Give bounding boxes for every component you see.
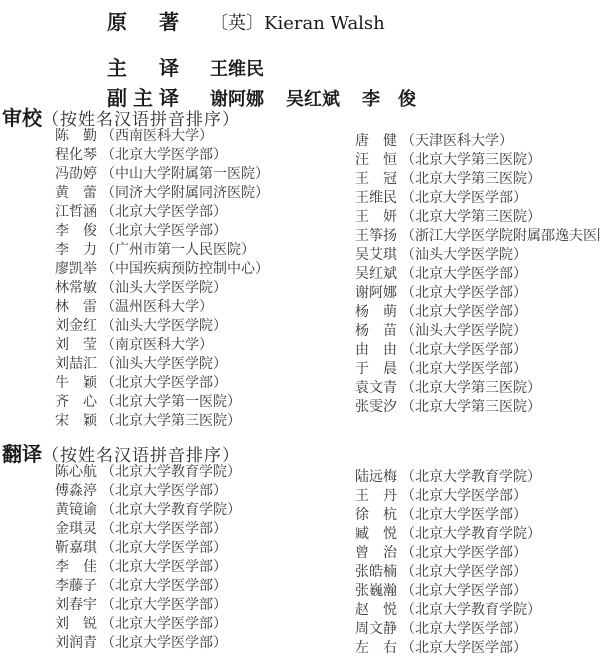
person-name: 黄 蕾: [55, 184, 101, 203]
list-item: 臧 悦（北京大学教育学院）: [355, 525, 541, 544]
list-item: 由 由（北京大学医学部）: [355, 341, 600, 360]
list-item: 程化琴（北京大学医学部）: [55, 146, 269, 165]
affiliation: （同济大学附属同济医院）: [101, 184, 269, 203]
person-name: 吴艾琪: [355, 246, 401, 265]
person-name: 张巍瀚: [355, 582, 401, 601]
list-item: 李 俊（北京大学医学部）: [55, 222, 269, 241]
list-item: 牛 颖（北京大学医学部）: [55, 374, 269, 393]
list-item: 江哲涵（北京大学医学部）: [55, 203, 269, 222]
person-name: 李藤子: [55, 577, 101, 596]
person-name: 袁文青: [355, 379, 401, 398]
list-item: 靳嘉琪（北京大学医学部）: [55, 539, 241, 558]
affiliation: （北京大学教育学院）: [101, 463, 241, 482]
person-name: 陆远梅: [355, 468, 401, 487]
affiliation: （北京大学教育学院）: [401, 525, 541, 544]
affiliation: （北京大学医学部）: [101, 146, 227, 165]
list-item: 刘润青（北京大学医学部）: [55, 634, 241, 653]
person-name: 李 力: [55, 241, 101, 260]
affiliation: （西南医科大学）: [101, 127, 213, 146]
nationality: 〔英〕: [210, 13, 264, 34]
label-char: 主: [107, 52, 127, 81]
affiliation: （北京大学医学部）: [401, 189, 527, 208]
person-name: 廖凯举: [55, 260, 101, 279]
person-name: 于 晨: [355, 360, 401, 379]
affiliation: （北京大学医学部）: [401, 563, 527, 582]
list-item: 曾 治（北京大学医学部）: [355, 544, 541, 563]
person-name: 唐 健: [355, 132, 401, 151]
original-author-value: 〔英〕Kieran Walsh: [210, 9, 385, 35]
affiliation: （北京大学第三医院）: [401, 170, 541, 189]
review-section: 审校（按姓名汉语拼音排序） 陈 勤（西南医科大学）程化琴（北京大学医学部）冯劭婷…: [0, 102, 600, 432]
list-item: 刘 莹（南京医科大学）: [55, 336, 269, 355]
affiliation: （温州医科大学）: [101, 298, 213, 317]
list-item: 杨 苗（汕头大学医学院）: [355, 322, 600, 341]
affiliation: （北京大学医学部）: [101, 558, 227, 577]
person-name: 赵 悦: [355, 601, 401, 620]
person-name: 牛 颖: [55, 374, 101, 393]
person-name: 黄镜谕: [55, 501, 101, 520]
affiliation: （北京大学第三医院）: [401, 208, 541, 227]
list-item: 傅淼渟（北京大学医学部）: [55, 482, 241, 501]
list-item: 周文静（北京大学医学部）: [355, 620, 541, 639]
person-name: 宋 颖: [55, 412, 101, 431]
list-item: 李 力（广州市第一人民医院）: [55, 241, 269, 260]
list-item: 陈心航（北京大学教育学院）: [55, 463, 241, 482]
translation-section: 翻译（按姓名汉语拼音排序） 陈心航（北京大学教育学院）傅淼渟（北京大学医学部）黄…: [0, 438, 600, 660]
person-name: 刘金红: [55, 317, 101, 336]
person-name: 王 妍: [355, 208, 401, 227]
affiliation: （南京医科大学）: [101, 336, 213, 355]
affiliation: （北京大学医学部）: [401, 360, 527, 379]
person-name: 陈 勤: [55, 127, 101, 146]
person-name: 刘喆汇: [55, 355, 101, 374]
chief-translator-label: 主 译: [107, 52, 179, 81]
affiliation: （北京大学第三医院）: [401, 379, 541, 398]
affiliation: （汕头大学医学院）: [101, 355, 227, 374]
person-name: 张皓楠: [355, 563, 401, 582]
affiliation: （中国疾病预防控制中心）: [101, 260, 269, 279]
review-left-column: 陈 勤（西南医科大学）程化琴（北京大学医学部）冯劭婷（中山大学附属第一医院）黄 …: [55, 127, 269, 431]
list-item: 刘 锐（北京大学医学部）: [55, 615, 241, 634]
affiliation: （北京大学医学部）: [101, 520, 227, 539]
translation-right-column: 陆远梅（北京大学教育学院）王 丹（北京大学医学部）徐 杭（北京大学医学部）臧 悦…: [355, 468, 541, 658]
affiliation: （汕头大学医学院）: [401, 322, 527, 341]
affiliation: （汕头大学医学院）: [101, 317, 227, 336]
affiliation: （北京大学医学部）: [401, 265, 527, 284]
list-item: 廖凯举（中国疾病预防控制中心）: [55, 260, 269, 279]
list-item: 谢阿娜（北京大学医学部）: [355, 284, 600, 303]
list-item: 王 丹（北京大学医学部）: [355, 487, 541, 506]
affiliation: （天津医科大学）: [401, 132, 513, 151]
translation-left-column: 陈心航（北京大学教育学院）傅淼渟（北京大学医学部）黄镜谕（北京大学教育学院）金琪…: [55, 463, 241, 653]
list-item: 金琪灵（北京大学医学部）: [55, 520, 241, 539]
affiliation: （北京大学医学部）: [401, 582, 527, 601]
list-item: 齐 心（北京大学第一医院）: [55, 393, 269, 412]
affiliation: （北京大学第三医院）: [401, 151, 541, 170]
affiliation: （北京大学医学部）: [101, 374, 227, 393]
chief-translator-name: 王维民: [210, 55, 264, 81]
list-item: 黄镜谕（北京大学教育学院）: [55, 501, 241, 520]
list-item: 唐 健（天津医科大学）: [355, 132, 600, 151]
person-name: 王筝扬: [355, 227, 401, 246]
list-item: 汪 恒（北京大学第三医院）: [355, 151, 600, 170]
person-name: 李 俊: [55, 222, 101, 241]
label-char: 著: [159, 6, 179, 35]
person-name: 杨 萌: [355, 303, 401, 322]
list-item: 徐 杭（北京大学医学部）: [355, 506, 541, 525]
list-item: 王 冠（北京大学第三医院）: [355, 170, 600, 189]
affiliation: （北京大学医学部）: [101, 222, 227, 241]
person-name: 周文静: [355, 620, 401, 639]
affiliation: （北京大学医学部）: [401, 284, 527, 303]
list-item: 冯劭婷（中山大学附属第一医院）: [55, 165, 269, 184]
affiliation: （北京大学第三医院）: [401, 398, 541, 417]
person-name: 刘润青: [55, 634, 101, 653]
list-item: 林 雷（温州医科大学）: [55, 298, 269, 317]
person-name: 徐 杭: [355, 506, 401, 525]
person-name: 吴红斌: [355, 265, 401, 284]
affiliation: （北京大学第一医院）: [101, 393, 241, 412]
list-item: 李 佳（北京大学医学部）: [55, 558, 241, 577]
person-name: 王 冠: [355, 170, 401, 189]
affiliation: （北京大学教育学院）: [401, 601, 541, 620]
person-name: 江哲涵: [55, 203, 101, 222]
affiliation: （汕头大学医学院）: [101, 279, 227, 298]
review-right-column: 唐 健（天津医科大学）汪 恒（北京大学第三医院）王 冠（北京大学第三医院）王维民…: [355, 132, 600, 417]
list-item: 李藤子（北京大学医学部）: [55, 577, 241, 596]
person-name: 谢阿娜: [355, 284, 401, 303]
person-name: 左 右: [355, 639, 401, 658]
label-char: 原: [107, 6, 127, 35]
list-item: 吴艾琪（汕头大学医学院）: [355, 246, 600, 265]
person-name: 由 由: [355, 341, 401, 360]
affiliation: （广州市第一人民医院）: [101, 241, 255, 260]
affiliation: （北京大学医学部）: [101, 482, 227, 501]
person-name: 王 丹: [355, 487, 401, 506]
list-item: 刘喆汇（汕头大学医学院）: [55, 355, 269, 374]
person-name: 傅淼渟: [55, 482, 101, 501]
person-name: 刘 莹: [55, 336, 101, 355]
list-item: 林常敏（汕头大学医学院）: [55, 279, 269, 298]
affiliation: （北京大学医学部）: [401, 544, 527, 563]
review-section-title: 审校: [2, 106, 42, 130]
affiliation: （北京大学医学部）: [401, 506, 527, 525]
list-item: 王筝扬（浙江大学医学院附属邵逸夫医院）: [355, 227, 600, 246]
affiliation: （北京大学医学部）: [101, 634, 227, 653]
list-item: 袁文青（北京大学第三医院）: [355, 379, 600, 398]
list-item: 张皓楠（北京大学医学部）: [355, 563, 541, 582]
affiliation: （浙江大学医学院附属邵逸夫医院）: [401, 227, 600, 246]
label-char: 译: [159, 52, 179, 81]
list-item: 黄 蕾（同济大学附属同济医院）: [55, 184, 269, 203]
person-name: 齐 心: [55, 393, 101, 412]
person-name: 臧 悦: [355, 525, 401, 544]
affiliation: （北京大学医学部）: [101, 203, 227, 222]
affiliation: （汕头大学医学院）: [401, 246, 527, 265]
affiliation: （北京大学医学部）: [101, 615, 227, 634]
person-name: 杨 苗: [355, 322, 401, 341]
person-name: 刘春宇: [55, 596, 101, 615]
chief-translator-row: 主 译 王维民: [107, 52, 416, 82]
affiliation: （北京大学医学部）: [401, 341, 527, 360]
affiliation: （中山大学附属第一医院）: [101, 165, 269, 184]
person-name: 张雯汐: [355, 398, 401, 417]
list-item: 王 妍（北京大学第三医院）: [355, 208, 600, 227]
affiliation: （北京大学医学部）: [101, 596, 227, 615]
person-name: 林常敏: [55, 279, 101, 298]
affiliation: （北京大学医学部）: [101, 539, 227, 558]
person-name: 靳嘉琪: [55, 539, 101, 558]
person-name: 林 雷: [55, 298, 101, 317]
list-item: 左 右（北京大学医学部）: [355, 639, 541, 658]
translation-section-title: 翻译: [2, 442, 42, 466]
list-item: 吴红斌（北京大学医学部）: [355, 265, 600, 284]
credits-block: 原 著 〔英〕Kieran Walsh 主 译 王维民 副 主 译 谢阿娜吴红斌…: [107, 6, 416, 112]
list-item: 陆远梅（北京大学教育学院）: [355, 468, 541, 487]
affiliation: （北京大学医学部）: [401, 620, 527, 639]
affiliation: （北京大学医学部）: [101, 577, 227, 596]
list-item: 陈 勤（西南医科大学）: [55, 127, 269, 146]
person-name: 汪 恒: [355, 151, 401, 170]
list-item: 于 晨（北京大学医学部）: [355, 360, 600, 379]
list-item: 刘金红（汕头大学医学院）: [55, 317, 269, 336]
original-author-label: 原 著: [107, 6, 179, 35]
list-item: 赵 悦（北京大学教育学院）: [355, 601, 541, 620]
person-name: 陈心航: [55, 463, 101, 482]
affiliation: （北京大学教育学院）: [401, 468, 541, 487]
person-name: 程化琴: [55, 146, 101, 165]
list-item: 张巍瀚（北京大学医学部）: [355, 582, 541, 601]
list-item: 刘春宇（北京大学医学部）: [55, 596, 241, 615]
person-name: 金琪灵: [55, 520, 101, 539]
person-name: 李 佳: [55, 558, 101, 577]
author-name: Kieran Walsh: [264, 13, 385, 34]
list-item: 宋 颖（北京大学第三医院）: [55, 412, 269, 431]
affiliation: （北京大学医学部）: [401, 487, 527, 506]
affiliation: （北京大学医学部）: [401, 303, 527, 322]
list-item: 杨 萌（北京大学医学部）: [355, 303, 600, 322]
affiliation: （北京大学教育学院）: [101, 501, 241, 520]
list-item: 张雯汐（北京大学第三医院）: [355, 398, 600, 417]
person-name: 王维民: [355, 189, 401, 208]
affiliation: （北京大学医学部）: [401, 639, 527, 658]
affiliation: （北京大学第三医院）: [101, 412, 241, 431]
list-item: 王维民（北京大学医学部）: [355, 189, 600, 208]
original-author-row: 原 著 〔英〕Kieran Walsh: [107, 6, 416, 38]
person-name: 刘 锐: [55, 615, 101, 634]
person-name: 冯劭婷: [55, 165, 101, 184]
person-name: 曾 治: [355, 544, 401, 563]
